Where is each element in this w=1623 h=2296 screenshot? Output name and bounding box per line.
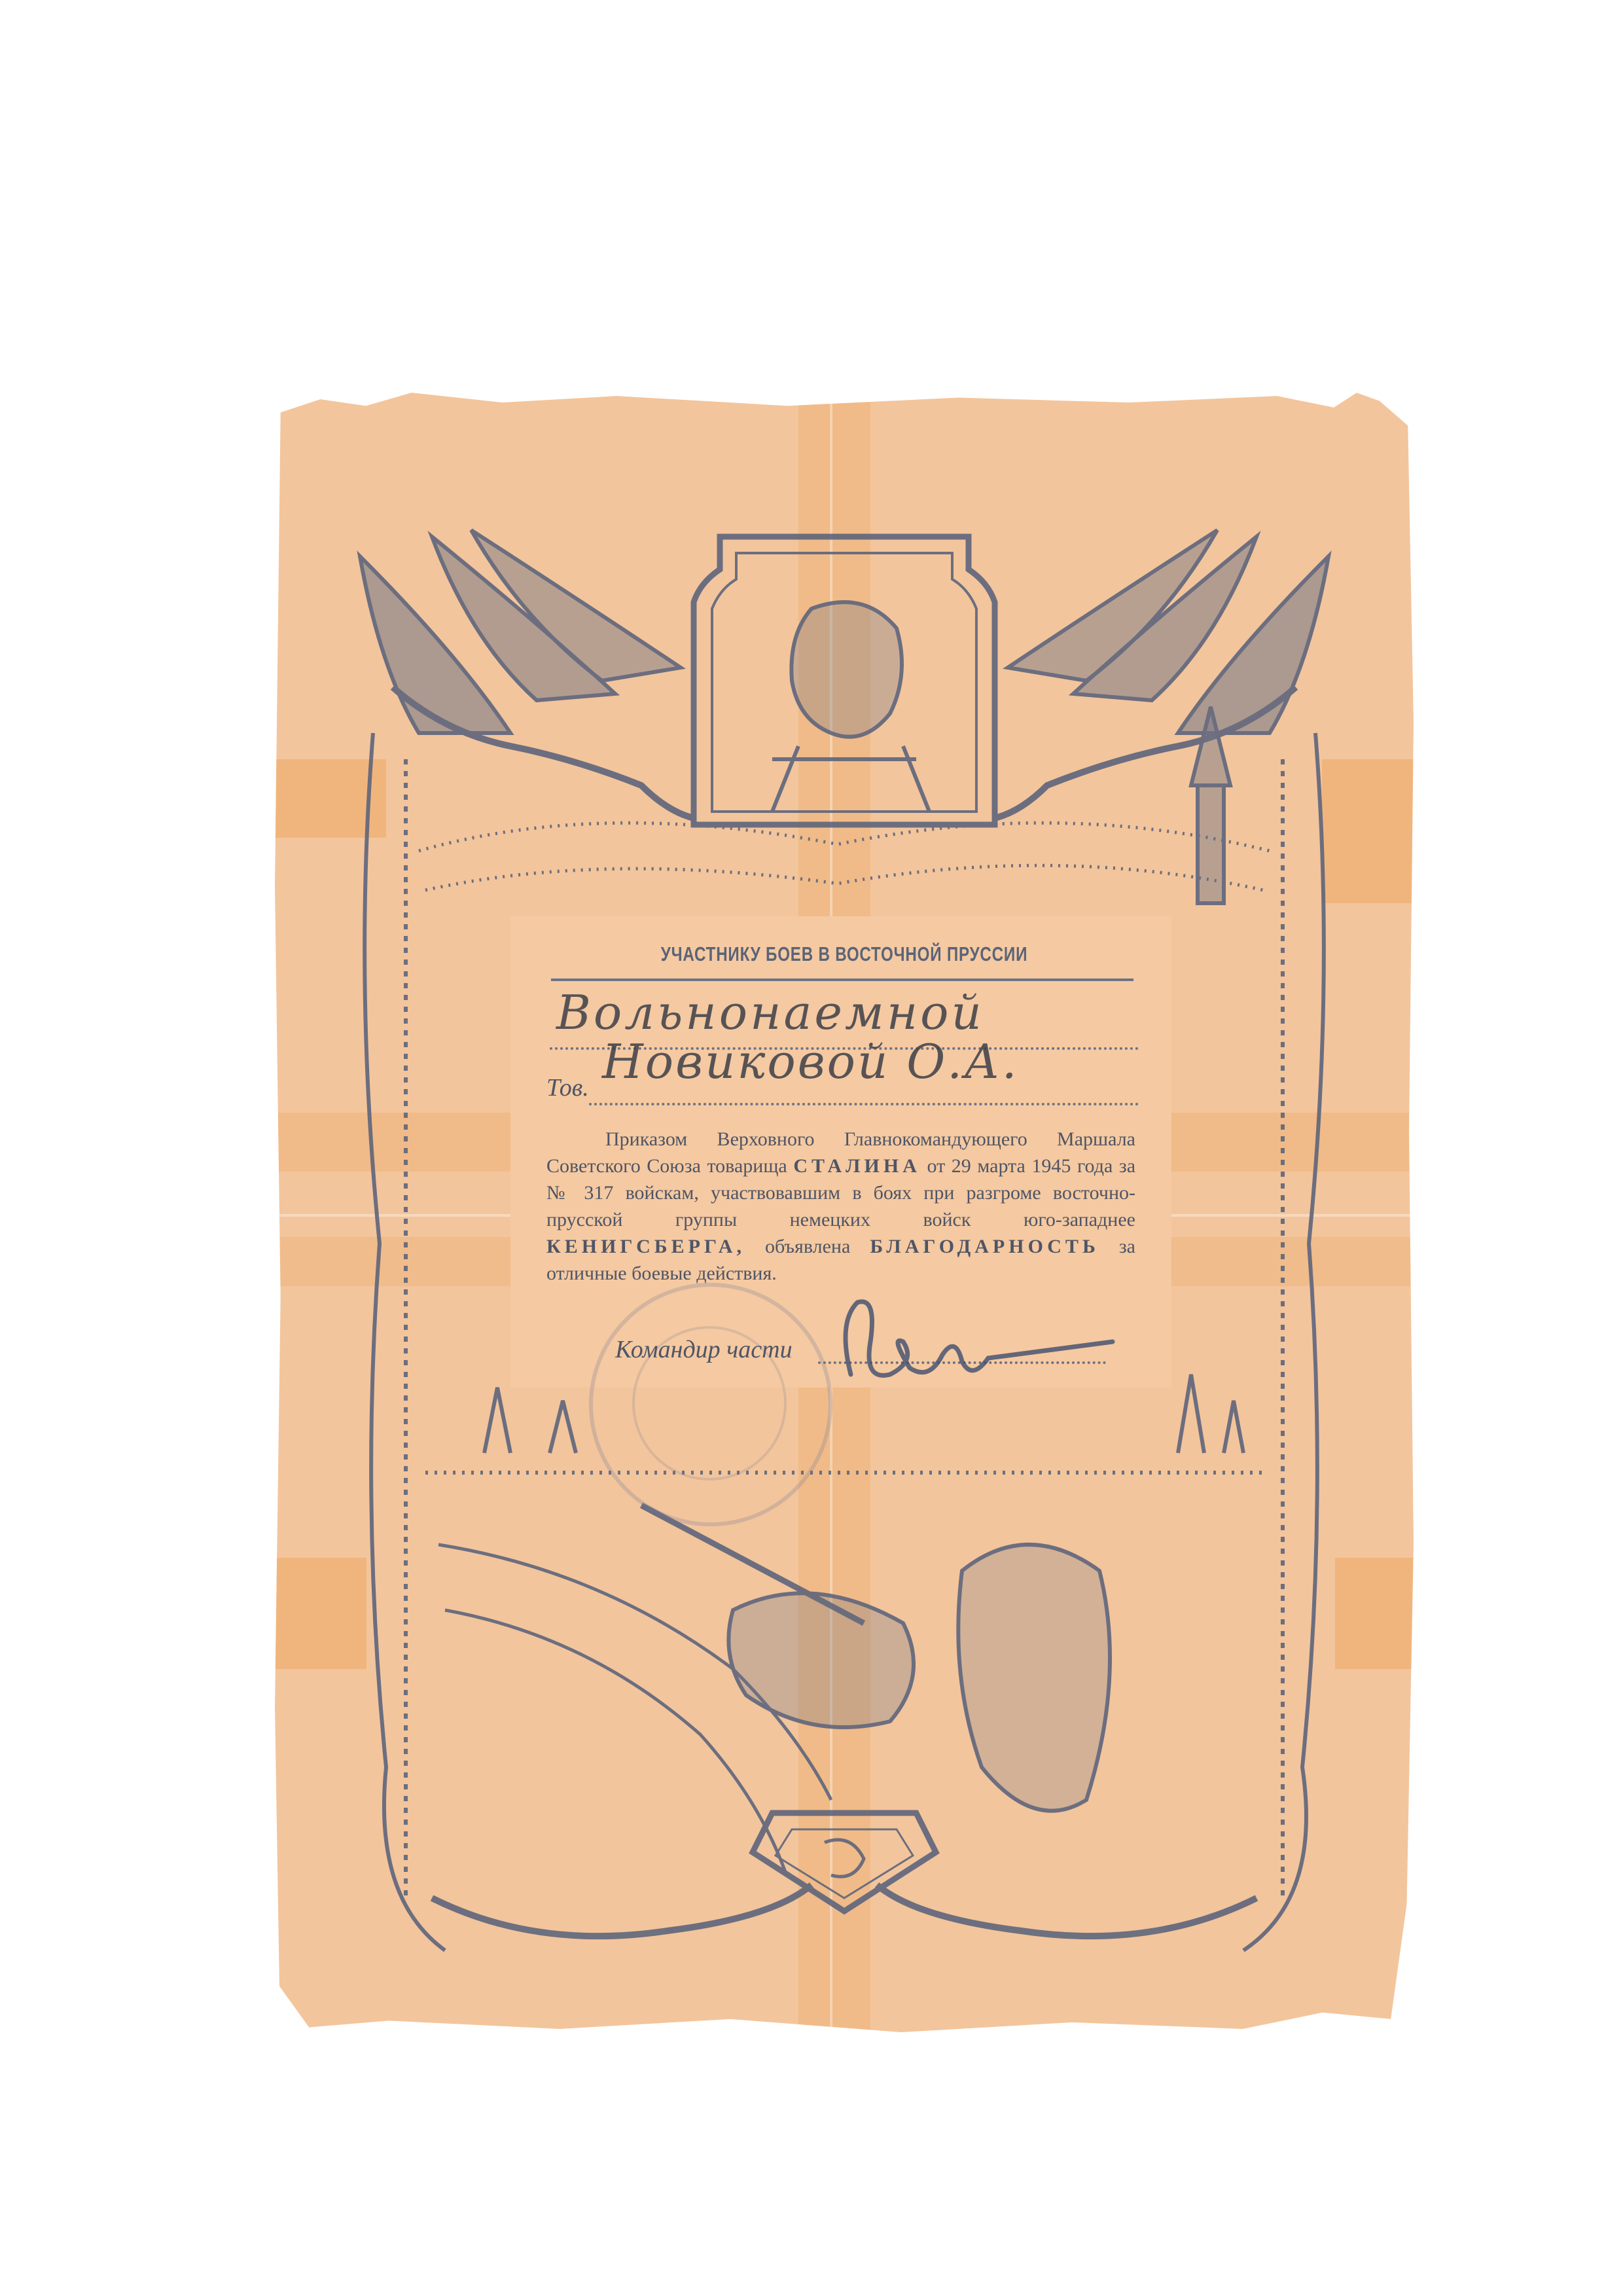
official-stamp [589,1283,832,1526]
commander-label: Командир части [615,1335,793,1364]
recipient-label: Тов. [546,1073,589,1102]
heading-underline [551,978,1133,981]
certificate-heading: УЧАСТНИКУ БОЕВ В ВОСТОЧНОЙ ПРУССИИ [615,942,1074,966]
commander-signature [831,1296,1119,1388]
certificate-paper: УЧАСТНИКУ БОЕВ В ВОСТОЧНОЙ ПРУССИИ Вольн… [275,393,1414,2036]
certificate-body: Приказом Верховного Главнокомандующего М… [546,1126,1135,1287]
recipient-name-dotted-line [589,1103,1139,1105]
certificate-text-panel: УЧАСТНИКУ БОЕВ В ВОСТОЧНОЙ ПРУССИИ Вольн… [510,916,1171,1388]
handwritten-recipient-name: Новиковой О.А. [602,1034,1019,1089]
handwritten-status: Вольнонаемной [556,985,984,1040]
